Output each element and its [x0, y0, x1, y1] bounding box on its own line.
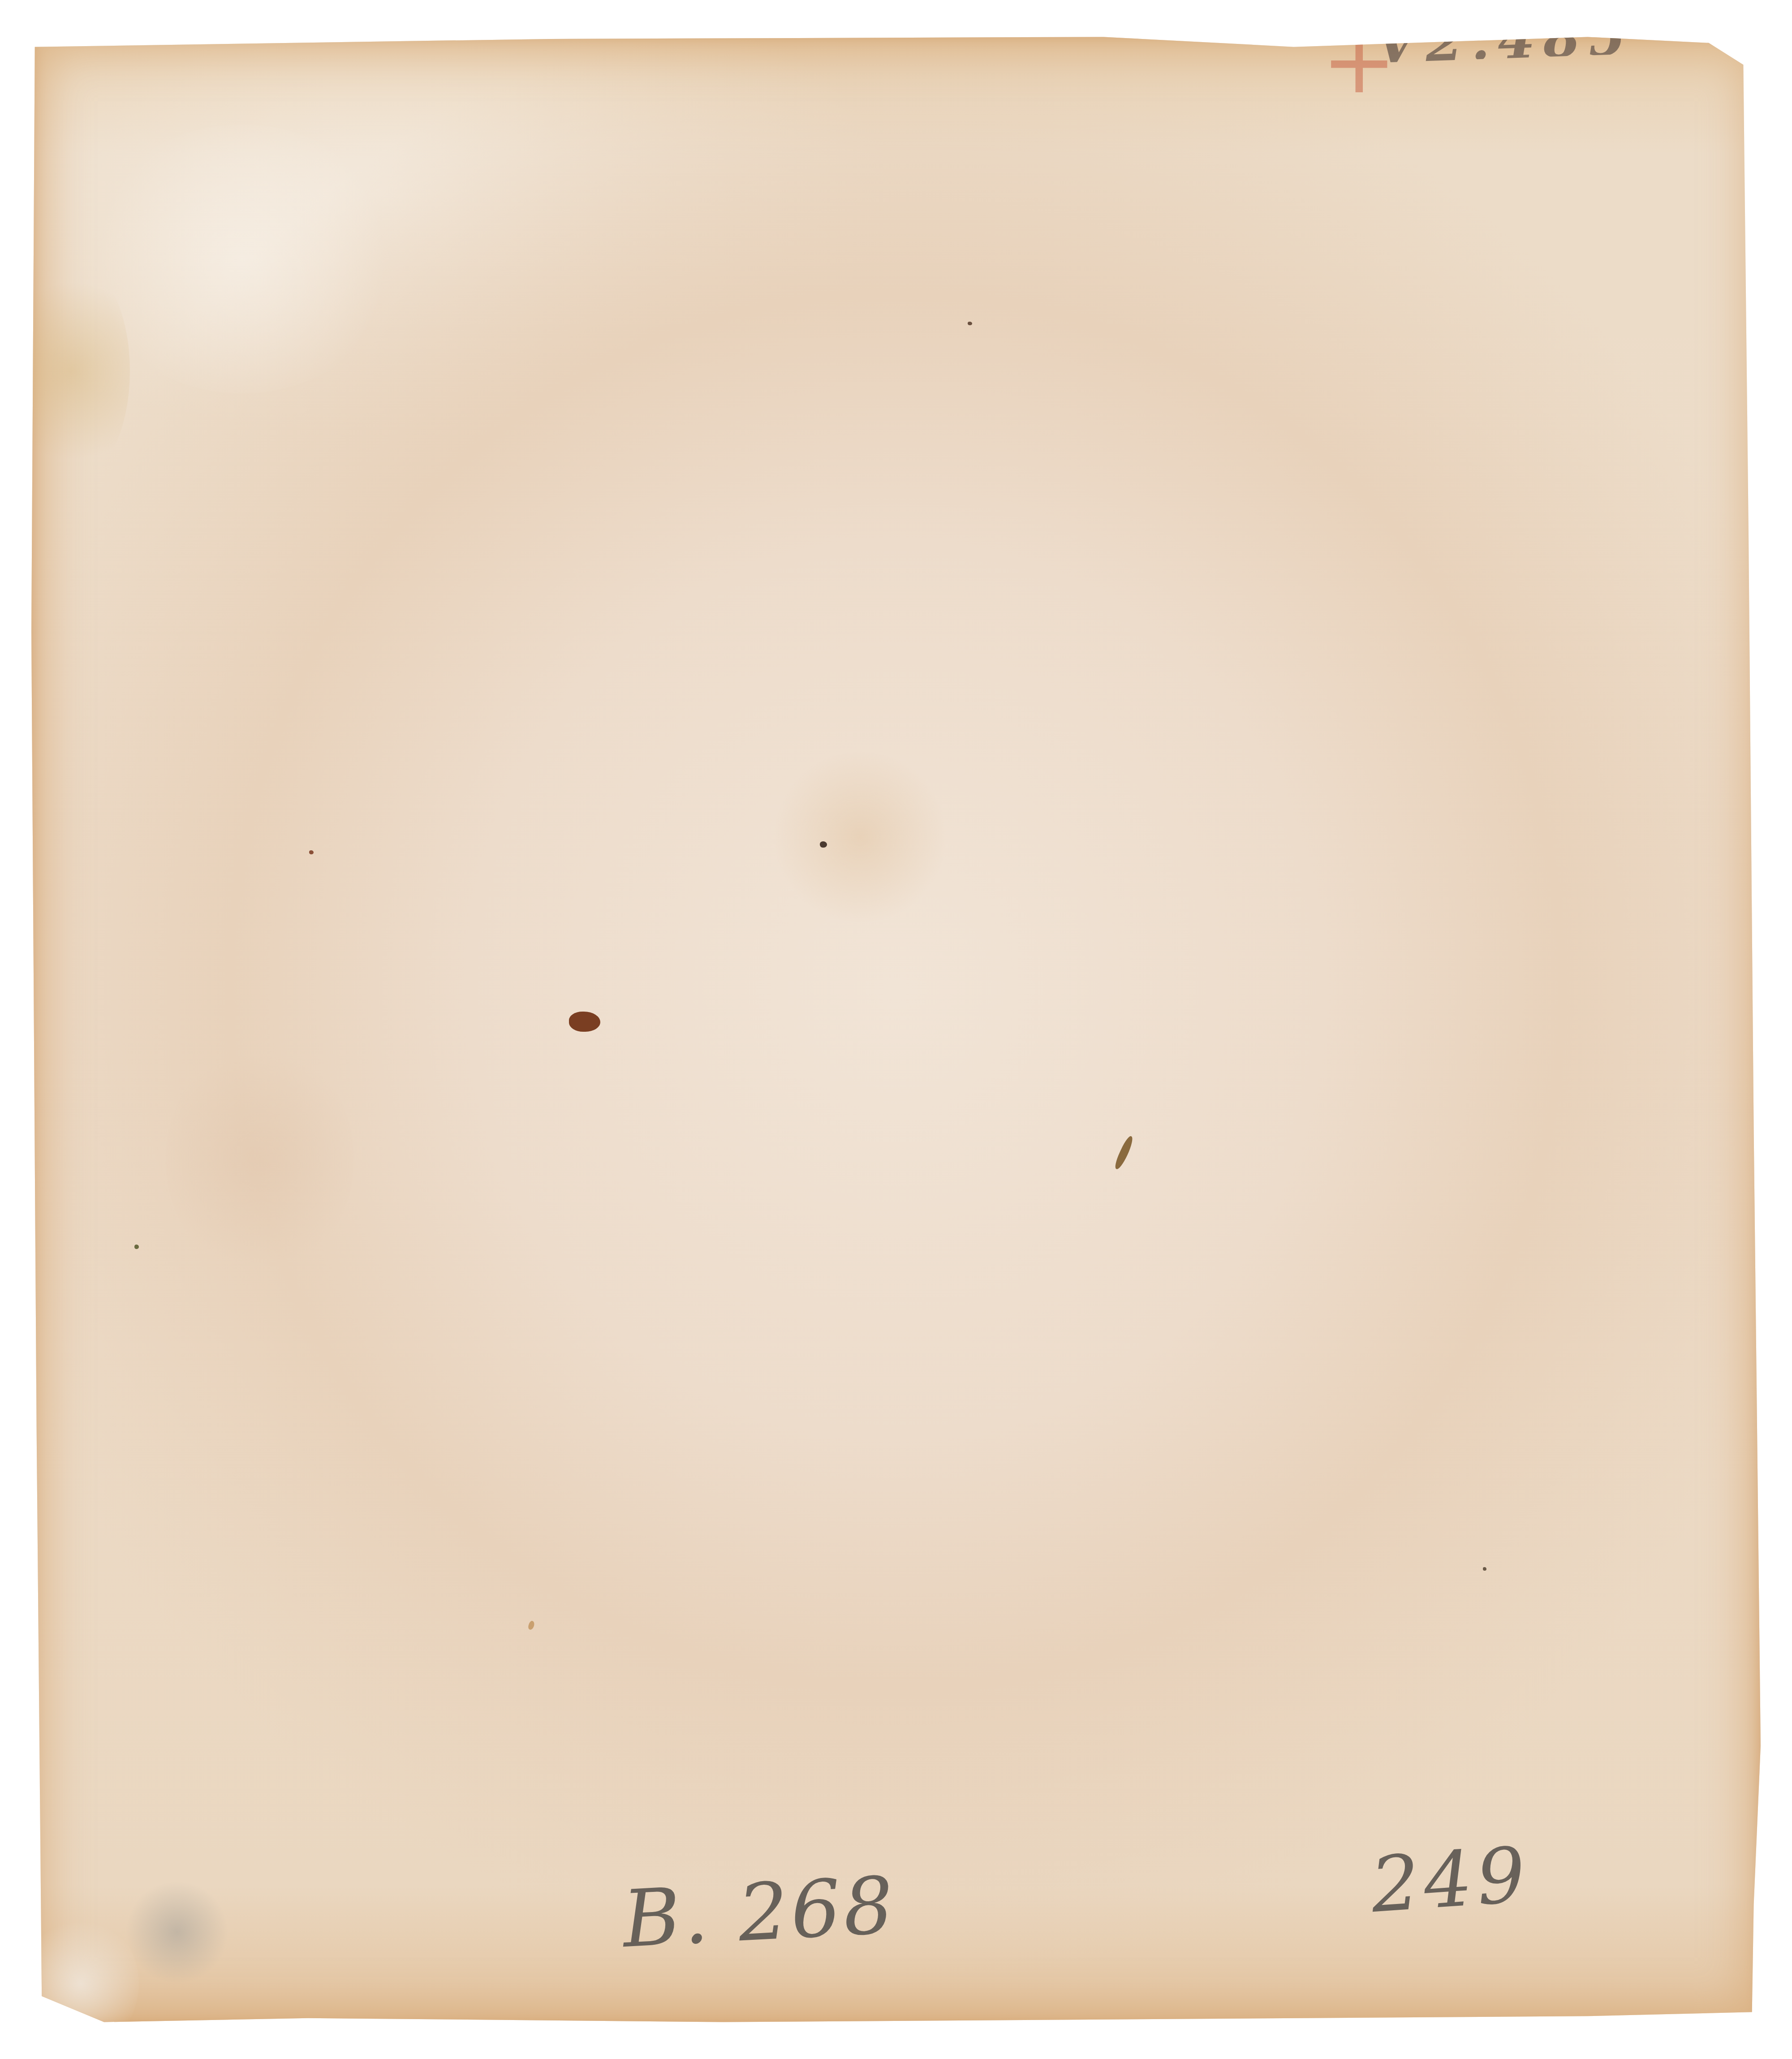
toning-patch-left-middle: [166, 1043, 354, 1276]
top-edge-partial-inscription: V2.485: [1374, 9, 1634, 63]
lighter-corner-bottom-left: [22, 1917, 139, 2051]
catalogue-reference-inscription: B. 268: [620, 1860, 898, 1965]
toning-patch-left: [13, 259, 130, 483]
grey-smudge-bottom-left: [125, 1881, 228, 1984]
speck: [1483, 1567, 1486, 1571]
speck: [527, 1620, 535, 1631]
ink-spot: [569, 1012, 600, 1032]
number-inscription: 249: [1368, 1831, 1533, 1930]
fiber-streak: [1113, 1135, 1135, 1171]
red-cross-mark: +: [1322, 17, 1397, 107]
paper-sheet-verso: V2.485 + B. 268 249: [31, 35, 1761, 2024]
speck: [968, 322, 972, 325]
ink-spot-small: [820, 841, 827, 848]
speck: [134, 1245, 139, 1249]
speck: [309, 850, 314, 854]
water-stain-upper-left: [85, 125, 399, 393]
toning-patch-center: [771, 752, 950, 922]
